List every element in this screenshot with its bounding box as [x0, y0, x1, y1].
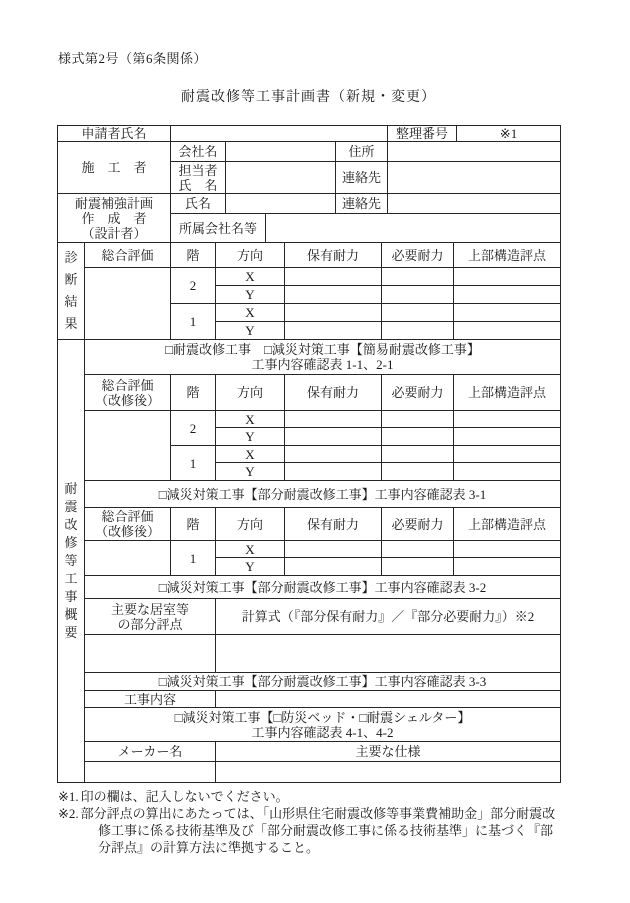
floor-1-cell: 1 [171, 541, 216, 576]
evaluation-header: 総合評価 [85, 243, 171, 268]
required-capacity-header: 必要耐力 [382, 508, 454, 541]
partial-score-field [85, 635, 216, 673]
floor-2-cell: 2 [171, 268, 216, 304]
required-capacity-field [382, 286, 454, 304]
checkbox-options-line: □耐震改修工事 □減災対策工事【簡易耐震改修工事】 [87, 342, 558, 357]
required-capacity-field [382, 428, 454, 446]
work-content-field [216, 691, 561, 708]
floor-header: 階 [171, 243, 216, 268]
evaluation-after-header: 総合評価 （改修後） [85, 375, 171, 411]
holding-capacity-header: 保有耐力 [285, 375, 382, 411]
footnote-1: ※1.印の欄は、記入しないでください。 [58, 788, 562, 805]
direction-y-cell: Y [216, 558, 285, 576]
required-capacity-field [382, 322, 454, 340]
required-capacity-field [382, 446, 454, 463]
main-spec-label: 主要な仕様 [216, 742, 561, 762]
serial-number-label: 整理番号 [388, 126, 457, 142]
works-section-label: 耐震改修等工事概要 [58, 340, 85, 783]
required-capacity-field [382, 411, 454, 428]
direction-x-cell: X [216, 268, 285, 286]
work-type-options-2: □減災対策工事【部分耐震改修工事】工事内容確認表 3-1 [85, 481, 561, 508]
floor-header: 階 [171, 508, 216, 541]
required-capacity-field [382, 558, 454, 576]
partial-score-label: 主要な居室等 の部分評点 [85, 599, 216, 635]
work-content-label: 工事内容 [85, 691, 216, 708]
holding-capacity-field [285, 322, 382, 340]
footnote-2-text: 部分評点の算出にあたっては、「山形県住宅耐震改修等事業費補助金」部分耐震改修工事… [81, 806, 556, 855]
holding-capacity-field [285, 428, 382, 446]
form-number: 様式第2号（第6条関係） [58, 48, 207, 67]
score-header: 上部構造評点 [454, 375, 561, 411]
direction-y-cell: Y [216, 463, 285, 481]
diagnosis-section-label: 診断結果 [58, 243, 85, 340]
score-field [454, 428, 561, 446]
direction-y-cell: Y [216, 428, 285, 446]
holding-capacity-header: 保有耐力 [285, 243, 382, 268]
diagnosis-result-table: 診断結果 総合評価 階 方向 保有耐力 必要耐力 上部構造評点 2 X Y [57, 242, 561, 340]
direction-y-cell: Y [216, 286, 285, 304]
score-header: 上部構造評点 [454, 243, 561, 268]
floor-1-cell: 1 [171, 304, 216, 340]
direction-header: 方向 [216, 243, 285, 268]
footnote-1-text: 印の欄は、記入しないでください。 [81, 789, 289, 804]
direction-y-cell: Y [216, 322, 285, 340]
holding-capacity-field [285, 304, 382, 322]
score-field [454, 463, 561, 481]
checkbox-options-line: □減災対策工事【□防災ベッド・□耐震シェルター】 [87, 710, 558, 725]
footnote-1-marker: ※1. [58, 789, 79, 804]
company-name-field [226, 142, 336, 162]
required-capacity-header: 必要耐力 [382, 243, 454, 268]
direction-x-cell: X [216, 411, 285, 428]
direction-x-cell: X [216, 446, 285, 463]
holding-capacity-field [285, 411, 382, 428]
footnotes: ※1.印の欄は、記入しないでください。 ※2.部分評点の算出にあたっては、「山形… [58, 788, 562, 856]
maker-name-field [85, 762, 216, 783]
affiliation-label: 所属会社名等 [171, 214, 266, 243]
holding-capacity-field [285, 446, 382, 463]
required-capacity-field [382, 463, 454, 481]
floor-2-cell: 2 [171, 411, 216, 446]
contractor-contact-field [388, 162, 561, 194]
company-name-label: 会社名 [171, 142, 226, 162]
staff-name-label: 担当者 氏 名 [171, 162, 226, 194]
work-type-options-1: □耐震改修工事 □減災対策工事【簡易耐震改修工事】 工事内容確認表 1-1、2-… [85, 340, 561, 375]
score-field [454, 411, 561, 428]
document-page: 様式第2号（第6条関係） 耐震改修等工事計画書（新規・変更） 申請者氏名 整理番… [0, 0, 630, 903]
score-field [454, 558, 561, 576]
score-field [454, 286, 561, 304]
main-spec-field [216, 762, 561, 783]
confirm-sheet-line: 工事内容確認表 4-1、4-2 [87, 725, 558, 740]
required-capacity-field [382, 268, 454, 286]
score-field [454, 446, 561, 463]
document-title: 耐震改修等工事計画書（新規・変更） [57, 86, 560, 106]
planner-contact-field [388, 194, 561, 214]
confirm-sheet-line: 工事内容確認表 1-1、2-1 [87, 357, 558, 372]
score-field [454, 304, 561, 322]
planner-label: 耐震補強計画 作 成 者 （設計者） [58, 194, 171, 243]
partial-score-calc-field [216, 635, 561, 673]
holding-capacity-field [285, 286, 382, 304]
holding-capacity-field [285, 268, 382, 286]
partial-score-formula-label: 計算式（『部分保有耐力』／『部分必要耐力』）※2 [216, 599, 561, 635]
footnote-2: ※2.部分評点の算出にあたっては、「山形県住宅耐震改修等事業費補助金」部分耐震改… [58, 805, 562, 856]
required-capacity-field [382, 541, 454, 558]
serial-number-value: ※1 [457, 126, 561, 142]
required-capacity-header: 必要耐力 [382, 375, 454, 411]
affiliation-field [266, 214, 561, 243]
direction-header: 方向 [216, 375, 285, 411]
direction-header: 方向 [216, 508, 285, 541]
direction-x-cell: X [216, 541, 285, 558]
evaluation-field [85, 411, 171, 481]
work-type-options-3: □減災対策工事【部分耐震改修工事】工事内容確認表 3-2 [85, 576, 561, 599]
holding-capacity-header: 保有耐力 [285, 508, 382, 541]
holding-capacity-field [285, 541, 382, 558]
score-header: 上部構造評点 [454, 508, 561, 541]
evaluation-field [85, 268, 171, 340]
floor-1-cell: 1 [171, 446, 216, 481]
direction-x-cell: X [216, 304, 285, 322]
score-field [454, 268, 561, 286]
contractor-contact-label: 連絡先 [336, 162, 388, 194]
applicant-name-label: 申請者氏名 [58, 126, 171, 142]
address-label: 住所 [336, 142, 388, 162]
works-overview-table: 耐震改修等工事概要 □耐震改修工事 □減災対策工事【簡易耐震改修工事】 工事内容… [57, 339, 561, 783]
holding-capacity-field [285, 463, 382, 481]
applicant-contractor-table: 申請者氏名 整理番号 ※1 施 工 者 会社名 住所 担当者 氏 名 連絡先 [57, 125, 561, 243]
work-type-options-4: □減災対策工事【部分耐震改修工事】工事内容確認表 3-3 [85, 673, 561, 691]
holding-capacity-field [285, 558, 382, 576]
floor-header: 階 [171, 375, 216, 411]
score-field [454, 541, 561, 558]
required-capacity-field [382, 304, 454, 322]
planner-name-field [226, 194, 336, 214]
work-type-options-5: □減災対策工事【□防災ベッド・□耐震シェルター】 工事内容確認表 4-1、4-2 [85, 708, 561, 742]
evaluation-field [85, 541, 171, 576]
evaluation-after-header: 総合評価 （改修後） [85, 508, 171, 541]
maker-name-label: メーカー名 [85, 742, 216, 762]
staff-name-field [226, 162, 336, 194]
address-field [388, 142, 561, 162]
planner-contact-label: 連絡先 [336, 194, 388, 214]
contractor-label: 施 工 者 [58, 142, 171, 194]
planner-name-label: 氏名 [171, 194, 226, 214]
footnote-2-marker: ※2. [58, 806, 79, 821]
form-table: 申請者氏名 整理番号 ※1 施 工 者 会社名 住所 担当者 氏 名 連絡先 [57, 125, 560, 783]
applicant-name-field [171, 126, 388, 142]
score-field [454, 322, 561, 340]
